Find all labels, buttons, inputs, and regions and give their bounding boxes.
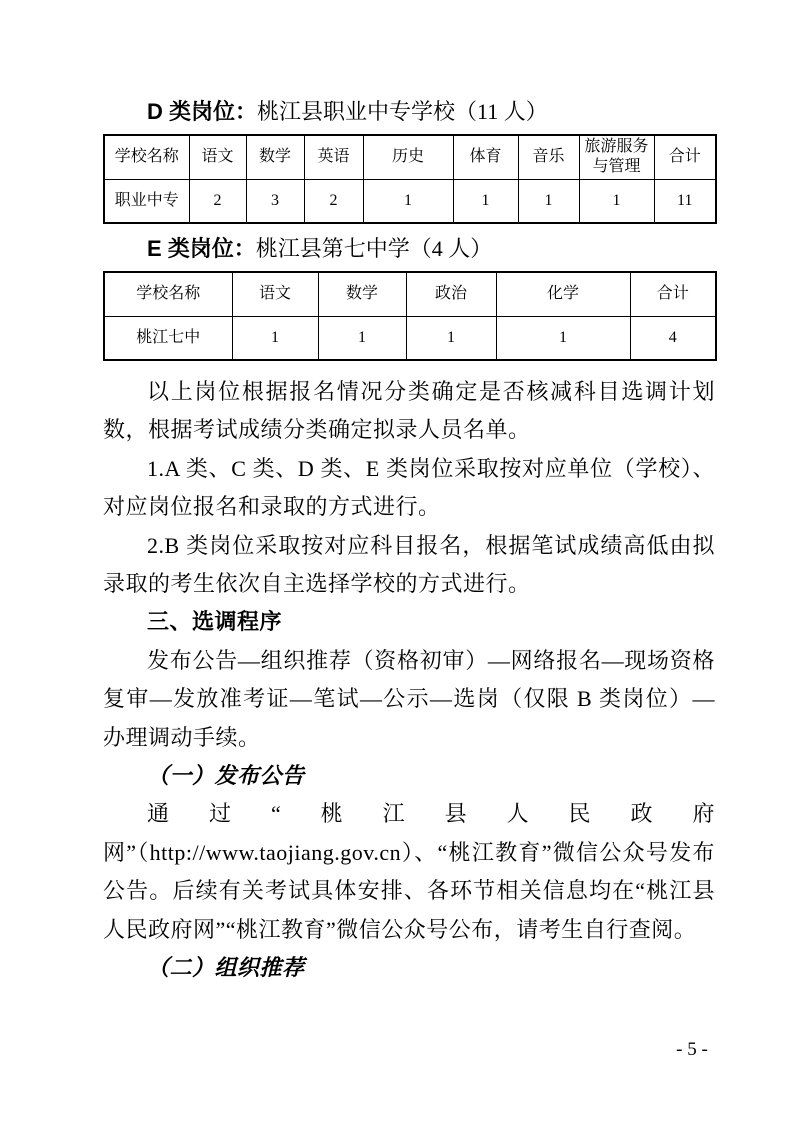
document-page: D 类岗位：桃江县职业中专学校（11 人） 学校名称语文数学英语历史体育音乐旅游… (0, 0, 793, 1122)
table-cell: 3 (246, 179, 304, 223)
column-header: 学校名称 (104, 272, 232, 316)
table-cell: 2 (304, 179, 363, 223)
table-cell: 1 (496, 316, 630, 360)
table-cell: 11 (654, 179, 716, 223)
heading-recommendation: （二）组织推荐 (103, 949, 715, 987)
heading-announcement: （一）发布公告 (103, 757, 715, 795)
column-header: 体育 (453, 135, 518, 179)
table-cell: 1 (453, 179, 518, 223)
table-cell: 4 (630, 316, 716, 360)
table-row: 职业中专232111111 (104, 179, 716, 223)
table-cell: 1 (579, 179, 654, 223)
para-acde-method: 1.A 类、C 类、D 类、E 类岗位采取按对应单位（学校）、对应岗位报名和录取… (103, 450, 715, 527)
table-cell: 1 (518, 179, 579, 223)
column-header: 数学 (318, 272, 406, 316)
section-e-title-value: 桃江县第七中学（4 人） (256, 236, 493, 261)
table-cell: 1 (232, 316, 318, 360)
para-quota-reduction: 以上岗位根据报名情况分类确定是否核减科目选调计划数，根据考试成绩分类确定拟录人员… (103, 373, 715, 450)
table-cell: 1 (318, 316, 406, 360)
column-header: 政治 (406, 272, 496, 316)
table-row: 桃江七中11114 (104, 316, 716, 360)
column-header: 音乐 (518, 135, 579, 179)
para-procedure-flow: 发布公告—组织推荐（资格初审）—网络报名—现场资格复审—发放准考证—笔试—公示—… (103, 642, 715, 757)
section-d-title: D 类岗位：桃江县职业中专学校（11 人） (103, 97, 715, 127)
table-cell: 桃江七中 (104, 316, 232, 360)
section-e-title-label: E 类岗位： (147, 236, 256, 261)
column-header: 语文 (189, 135, 246, 179)
column-header: 数学 (246, 135, 304, 179)
column-header: 合计 (654, 135, 716, 179)
positions-table-e: 学校名称语文数学政治化学合计桃江七中11114 (103, 271, 717, 361)
section-d-title-label: D 类岗位： (147, 99, 257, 124)
para-b-method: 2.B 类岗位采取按对应科目报名，根据笔试成绩高低由拟录取的考生依次自主选择学校… (103, 527, 715, 604)
column-header: 英语 (304, 135, 363, 179)
table-header-row: 学校名称语文数学英语历史体育音乐旅游服务与管理合计 (104, 135, 716, 179)
column-header: 化学 (496, 272, 630, 316)
section-d-title-value: 桃江县职业中专学校（11 人） (257, 99, 548, 124)
column-header: 旅游服务与管理 (579, 135, 654, 179)
table-cell: 1 (406, 316, 496, 360)
column-header: 历史 (363, 135, 453, 179)
positions-table-d: 学校名称语文数学英语历史体育音乐旅游服务与管理合计职业中专232111111 (103, 134, 717, 224)
table-cell: 职业中专 (104, 179, 189, 223)
document-body-text: 以上岗位根据报名情况分类确定是否核减科目选调计划数，根据考试成绩分类确定拟录人员… (103, 373, 715, 988)
para-announcement-channels: 通过“桃江县人民政府网”（http://www.taojiang.gov.cn）… (103, 795, 715, 949)
table-header-row: 学校名称语文数学政治化学合计 (104, 272, 716, 316)
table-cell: 2 (189, 179, 246, 223)
page-number: - 5 - (652, 1038, 732, 1062)
heading-selection-procedure: 三、选调程序 (103, 603, 715, 641)
column-header: 语文 (232, 272, 318, 316)
section-e-title: E 类岗位：桃江县第七中学（4 人） (103, 234, 715, 264)
table-cell: 1 (363, 179, 453, 223)
column-header: 学校名称 (104, 135, 189, 179)
column-header: 合计 (630, 272, 716, 316)
document-content: D 类岗位：桃江县职业中专学校（11 人） 学校名称语文数学英语历史体育音乐旅游… (103, 97, 715, 988)
